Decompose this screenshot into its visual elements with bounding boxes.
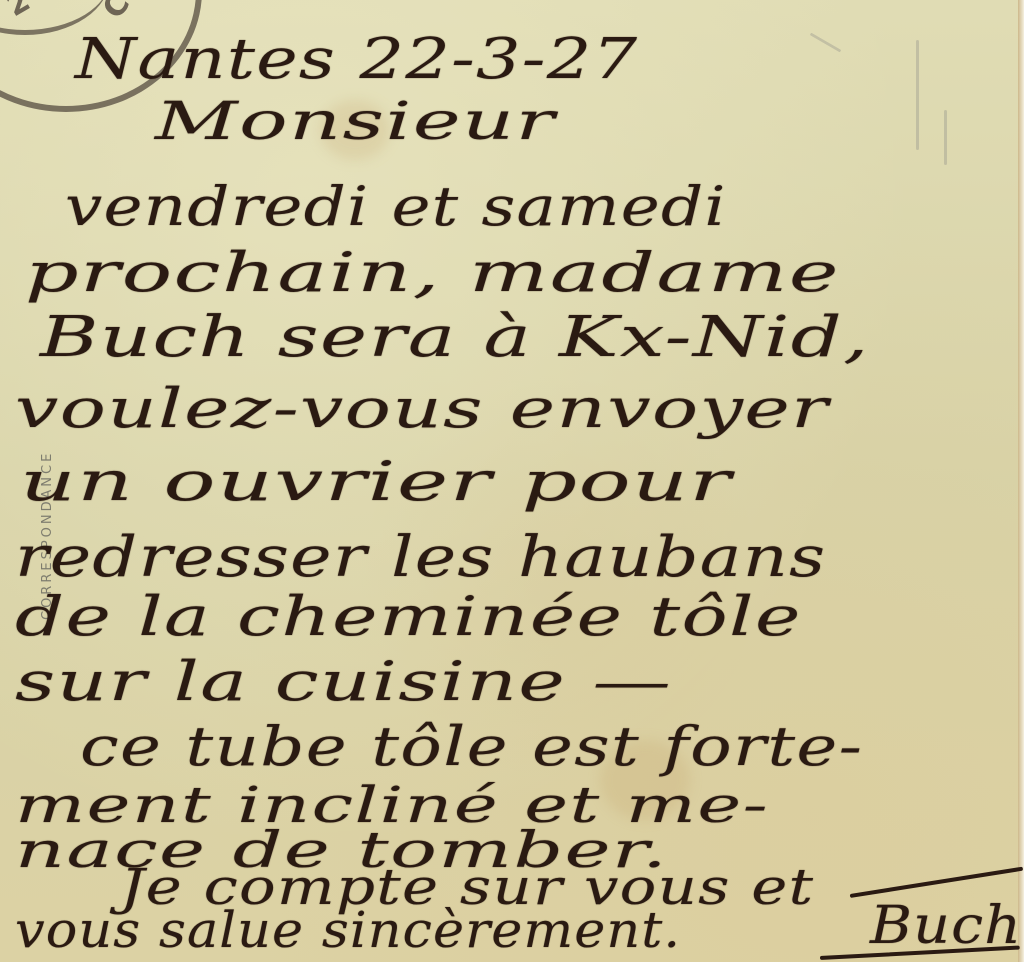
letter-line: ce tube tôle est forte- <box>80 720 863 774</box>
letter-line: de la cheminée tôle <box>15 590 802 644</box>
place-date: Nantes 22-3-27 <box>75 32 638 88</box>
letter-line: redresser les haubans <box>15 530 826 586</box>
letter-line: Buch sera à Kx-Nid, <box>40 310 870 366</box>
signature-flourish <box>850 867 1023 898</box>
letter-line: vous salue sincèrement. <box>15 905 681 955</box>
salutation: Monsieur <box>155 96 556 148</box>
letter-line: prochain, madame <box>25 246 840 300</box>
paper-edge <box>1018 0 1024 962</box>
letter-line: vendredi et samedi <box>65 180 727 234</box>
handwritten-letter: Nantes 22-3-27 Monsieur vendredi et same… <box>0 0 1018 962</box>
letter-line: sur la cuisine — <box>15 655 672 709</box>
letter-line: un ouvrier pour <box>20 455 732 509</box>
letter-line: voulez-vous envoyer <box>15 382 829 436</box>
signature: Buch <box>870 900 1022 952</box>
